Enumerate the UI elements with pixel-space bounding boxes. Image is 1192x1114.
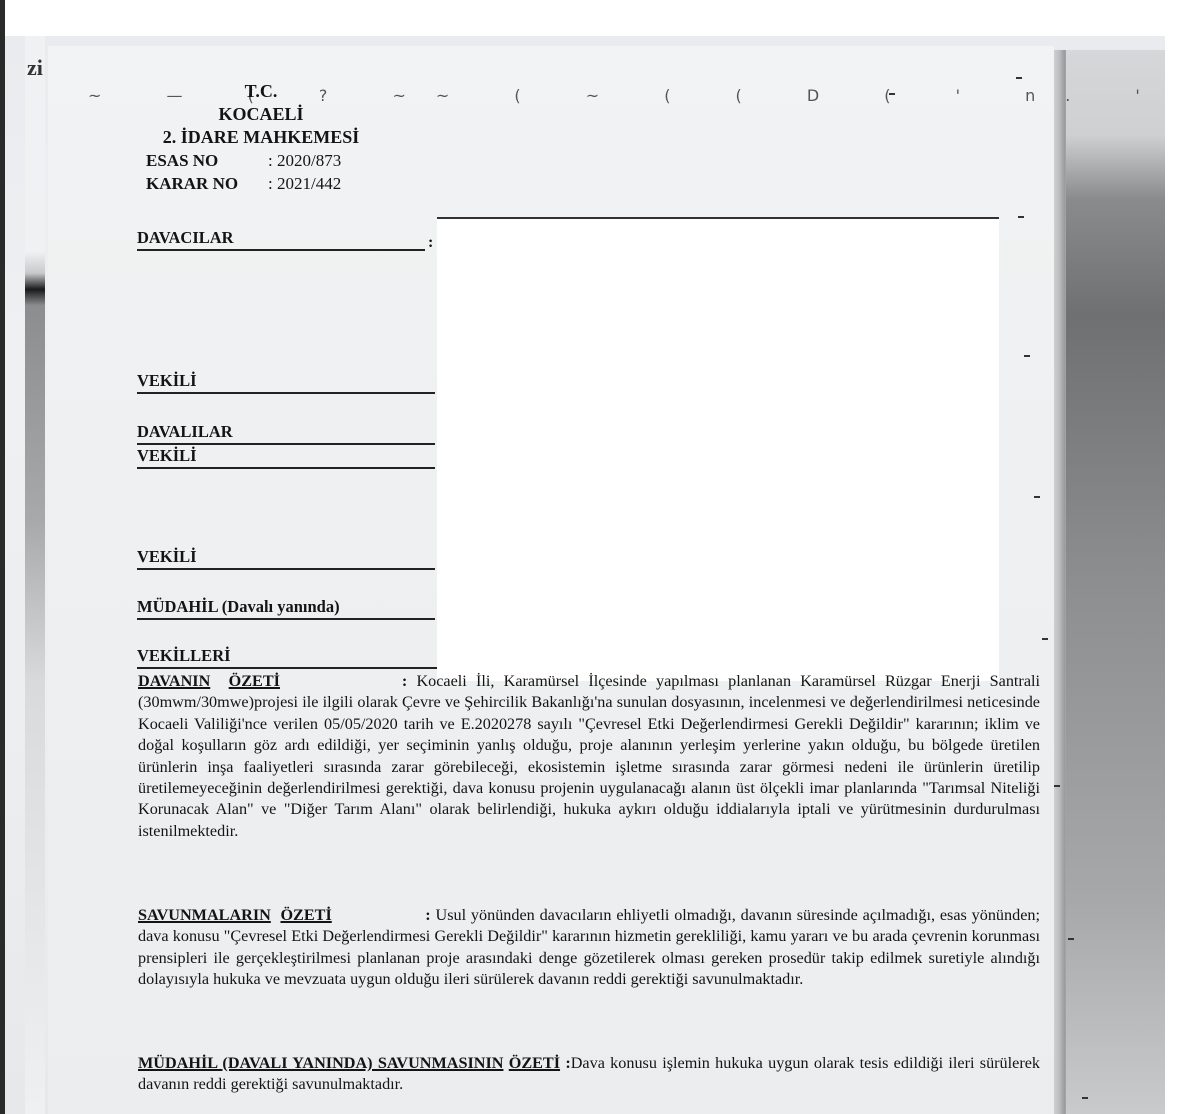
defense-summary-heading-1: SAVUNMALARIN [138,906,271,924]
country-label: T.C. [146,80,376,103]
intervenor-defense-heading-1: MÜDAHİL (DAVALI YANINDA) SAVUNMASININ [138,1054,503,1072]
plaintiffs-label: DAVACILAR [137,228,425,251]
case-number-row: ESAS NO : 2020/873 [146,149,376,172]
adjacent-page-strip [25,36,45,1114]
city-label: KOCAELİ [146,103,376,126]
plaintiffs-counsel-label: VEKİLİ [137,371,435,394]
scan-speck [1034,496,1040,498]
defense-summary-separator: : [425,906,430,924]
intervenor-defense-heading-2: ÖZETİ [509,1054,560,1072]
decision-number-row: KARAR NO : 2021/442 [146,172,376,195]
desk-background [1066,50,1165,1114]
scan-speck [1024,355,1030,357]
intervenor-label: MÜDAHİL (Davalı yanında) [137,597,435,620]
scan-speck [1016,77,1022,79]
decision-number-label: KARAR NO [146,172,268,195]
defendants-label: DAVALILAR [137,422,435,445]
plaintiffs-colon: : [428,232,433,254]
case-number-label: ESAS NO [146,149,268,172]
case-summary-heading-1: DAVANIN [138,672,210,690]
scan-speck [1018,216,1024,218]
case-summary-heading-2: ÖZETİ [229,671,393,692]
case-summary-text: Kocaeli İli, Karamürsel İlçesinde yapılm… [138,672,1040,840]
decision-number-value: : 2021/442 [268,172,341,195]
redaction-box [437,217,999,681]
scan-speck [1082,1097,1088,1099]
adjacent-page-fragment: zi [27,55,43,81]
scan-speck [889,93,895,95]
scan-speck [1068,938,1074,940]
case-summary-separator: : [402,672,407,690]
screen-right-margin [1165,0,1192,1114]
intervenor-counsel-label: VEKİLLERİ [137,646,452,669]
defendants-counsel-label: VEKİLİ [137,446,435,469]
defendants-counsel-label-2: VEKİLİ [137,547,435,570]
defense-summary-section: SAVUNMALARIN ÖZETİ : Usul yönünden davac… [138,905,1040,991]
case-number-value: : 2020/873 [268,149,341,172]
defense-summary-text: Usul yönünden davacıların ehliyetli olma… [138,906,1040,988]
intervenor-defense-section: MÜDAHİL (DAVALI YANINDA) SAVUNMASININ ÖZ… [138,1053,1040,1096]
case-summary-section: DAVANIN ÖZETİ : Kocaeli İli, Karamürsel … [138,671,1040,842]
court-name: 2. İDARE MAHKEMESİ [146,126,376,149]
court-header: T.C. KOCAELİ 2. İDARE MAHKEMESİ ESAS NO … [146,80,376,195]
scan-speck [1054,785,1060,787]
scan-speck [1042,638,1048,640]
defense-summary-heading-2: ÖZETİ [280,905,420,926]
